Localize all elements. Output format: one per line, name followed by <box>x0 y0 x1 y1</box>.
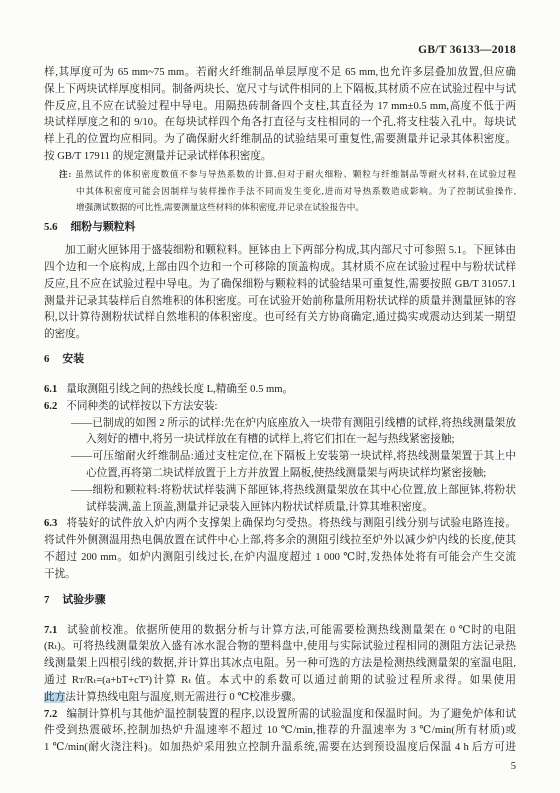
text-line: 入刻好的槽中,将另一块试样放在有槽的试样上,将它们扣在一起与热线紧密接触; <box>44 432 516 449</box>
text-line: 1 ℃/min(耐火浇注料)。如加热炉采用独立控制升温系统,需要在达到预设温度后… <box>44 740 516 757</box>
note-label: 注: <box>59 169 71 179</box>
clause-text: 不同种类的试样按以下方法安装: <box>66 401 217 412</box>
text-line: (Rₜ)。可将热线测量架放入盛有冰水混合物的塑料盘中,使用与实际试验过程相同的测… <box>44 639 516 656</box>
heading-number: 7 <box>44 594 49 606</box>
clause-6-1: 6.1量取测阻引线之间的热线长度 L,精确至 0.5 mm。 <box>44 382 516 399</box>
dash-item: ——可压缩耐火纤维制品:通过支柱定位,在下隔板上安装第一块试样,将热线测量架置于… <box>44 449 516 483</box>
section-heading-6: 6安装 <box>44 352 516 367</box>
text-line: 不超过 200 mm。如炉内测阻引线过长,在炉内温度超过 1 000 ℃时,发热… <box>44 550 516 567</box>
text-line: 测量并记录其装样后自然堆积的体积密度。可在试验开始前称量所用粉状试样的质量并测量… <box>44 294 516 311</box>
heading-number: 5.6 <box>44 221 58 233</box>
text-line: 将试件外侧测温用热电偶放置在试件中心上部,将多余的测阻引线拉至炉外以减少炉内线的… <box>44 533 516 550</box>
text-line: 6.3将装好的试件放入炉内两个支撑架上确保均匀受热。将热线与测阻引线分别与试验电… <box>44 516 516 533</box>
heading-title: 安装 <box>62 353 84 365</box>
standard-number: GB/T 36133—2018 <box>44 0 516 57</box>
text-line: 线测量架上四根引线的数据,并计算出其冰点电阻。另一种可选的方法是检测热线测量架的… <box>44 656 516 673</box>
text-line: 件反应,且不应在试验过程中导电。用隔热砖制备四个支柱,其直径为 17 mm±0.… <box>44 99 516 116</box>
clause-7-2: 7.2编制计算机与其他炉温控制装置的程序,以设置所需的试验温度和保温时间。为了避… <box>44 707 516 757</box>
clause-number: 6.2 <box>44 401 57 412</box>
clause-number: 6.3 <box>44 518 57 529</box>
clause-text: 法计算热线电阻与温度,则无需进行 0 ℃校准步骤。 <box>65 692 302 703</box>
text-line: 按 GB/T 17911 的规定测量并记录试样体积密度。 <box>44 149 516 166</box>
note-text: 虽然试件的体积密度数值不参与导热系数的计算,但对于耐火细粉、颗粒与纤维制品等耐火… <box>74 169 516 179</box>
text-line: 的密度。 <box>44 327 516 344</box>
text-line: 心位置,再将第二块试样放置于上方并放置上隔板,使热线测量架与两块试样均紧密接触; <box>44 466 516 483</box>
text-line: ——已制成的如图 2 所示的试样:先在炉内底座放入一块带有测阻引线槽的试样,将热… <box>44 416 516 433</box>
clause-text: 量取测阻引线之间的热线长度 L,精确至 0.5 mm。 <box>66 384 293 395</box>
clause-number: 6.1 <box>44 384 57 395</box>
clause-number: 7.2 <box>44 709 57 720</box>
clause-7-1: 7.1试验前校准。依据所使用的数据分析与计算方法,可能需要检测热线测量架在 0 … <box>44 623 516 707</box>
text-line: 此方法计算热线电阻与温度,则无需进行 0 ℃校准步骤。 <box>44 690 516 707</box>
text-line: 7.2编制计算机与其他炉温控制装置的程序,以设置所需的试验温度和保温时间。为了避… <box>44 707 516 724</box>
clause-number: 7.1 <box>44 625 57 636</box>
heading-title: 细粉与颗粒料 <box>71 221 136 233</box>
text-highlight: 此方 <box>44 692 65 703</box>
text-line: 四个边和一个底构成,上部由四个边和一个可移除的顶盖构成。其材质不应在试验过程中与… <box>44 260 516 277</box>
heading-title: 试验步骤 <box>62 594 105 606</box>
text-line: 增强测试数据的可比性,需要测量这些材料的体积密度,并记录在试验报告中。 <box>44 199 516 216</box>
text-line: 干扰。 <box>44 567 516 584</box>
clause-6-3: 6.3将装好的试件放入炉内两个支撑架上确保均匀受热。将热线与测阻引线分别与试验电… <box>44 516 516 583</box>
section-heading-7: 7试验步骤 <box>44 593 516 608</box>
text-line: 加工耐火匣钵用于盛装细粉和颗粒料。匣钵由上下两部分构成,其内部尺寸可参照 5.1… <box>44 243 516 260</box>
text-line: 试样装满,盖上顶盖,测量并记录装入匣钵内粉状试样质量,计算其堆积密度。 <box>44 500 516 517</box>
text-line: ——细粉和颗粒料:将粉状试样装满下部匣钵,将热线测量架放在其中心位置,放上部匣钵… <box>44 483 516 500</box>
text-line: ——可压缩耐火纤维制品:通过支柱定位,在下隔板上安装第一块试样,将热线测量架置于… <box>44 449 516 466</box>
paragraph-continuation: 样,其厚度可为 65 mm~75 mm。若耐火纤维制品单层厚度不足 65 mm,… <box>44 65 516 166</box>
text-line: 中其体积密度可能会因制样与装样操作手法不同而发生变化,进而对导热系数造成影响。为… <box>44 183 516 200</box>
clause-text: 试验前校准。依据所使用的数据分析与计算方法,可能需要检测热线测量架在 0 ℃时的… <box>66 625 516 636</box>
text-line: 样上孔的位置均应相同。为了确保耐火纤维制品的试验结果可重复性,需要测量并记录其体… <box>44 132 516 149</box>
text-line: 注:虽然试件的体积密度数值不参与导热系数的计算,但对于耐火细粉、颗粒与纤维制品等… <box>44 166 516 183</box>
text-line: 样,其厚度可为 65 mm~75 mm。若耐火纤维制品单层厚度不足 65 mm,… <box>44 65 516 82</box>
text-line: 通过 Rᴛ/Rₜ=(a+bT+cT²)计算 Rₜ 值。本式中的系数可以通过前期的… <box>44 673 516 690</box>
page-body: 样,其厚度可为 65 mm~75 mm。若耐火纤维制品单层厚度不足 65 mm,… <box>44 65 516 773</box>
heading-number: 6 <box>44 353 49 365</box>
note-block: 注:虽然试件的体积密度数值不参与导热系数的计算,但对于耐火细粉、颗粒与纤维制品等… <box>44 166 516 216</box>
section-heading-5-6: 5.6细粉与颗粒料 <box>44 220 516 235</box>
clause-text: 将装好的试件放入炉内两个支撑架上确保均匀受热。将热线与测阻引线分别与试验电路连接… <box>66 518 516 529</box>
text-line: 积,以计算待测粉状试样自然堆积的体积密度。也可经有关方协商确定,通过捣实或震动达… <box>44 310 516 327</box>
dash-item: ——已制成的如图 2 所示的试样:先在炉内底座放入一块带有测阻引线槽的试样,将热… <box>44 416 516 450</box>
clause-6-2: 6.2不同种类的试样按以下方法安装: <box>44 399 516 416</box>
text-line: 件受到热震破坏,控制加热炉升温速率不超过 10 ℃/min,推荐的升温速率为 3… <box>44 723 516 740</box>
paragraph-5-6: 加工耐火匣钵用于盛装细粉和颗粒料。匣钵由上下两部分构成,其内部尺寸可参照 5.1… <box>44 243 516 344</box>
document-page: GB/T 36133—2018 样,其厚度可为 65 mm~75 mm。若耐火纤… <box>0 0 560 793</box>
text-line: 保上下两块试样厚度相同。制备两块长、宽尺寸与试件相同的上下隔板,其材质不应在试验… <box>44 82 516 99</box>
text-line: 反应,且不应在试验过程中导电。为了确保细粉与颗粒料的试验结果可重复性,需要按照 … <box>44 277 516 294</box>
page-number: 5 <box>44 760 516 773</box>
clause-text: 编制计算机与其他炉温控制装置的程序,以设置所需的试验温度和保温时间。为了避免炉体… <box>66 709 516 720</box>
text-line: 7.1试验前校准。依据所使用的数据分析与计算方法,可能需要检测热线测量架在 0 … <box>44 623 516 640</box>
text-line: 块试样厚度之和的 9/10。在每块试样四个角各打直径与支柱相同的一个孔,将支柱装… <box>44 115 516 132</box>
dash-item: ——细粉和颗粒料:将粉状试样装满下部匣钵,将热线测量架放在其中心位置,放上部匣钵… <box>44 483 516 517</box>
